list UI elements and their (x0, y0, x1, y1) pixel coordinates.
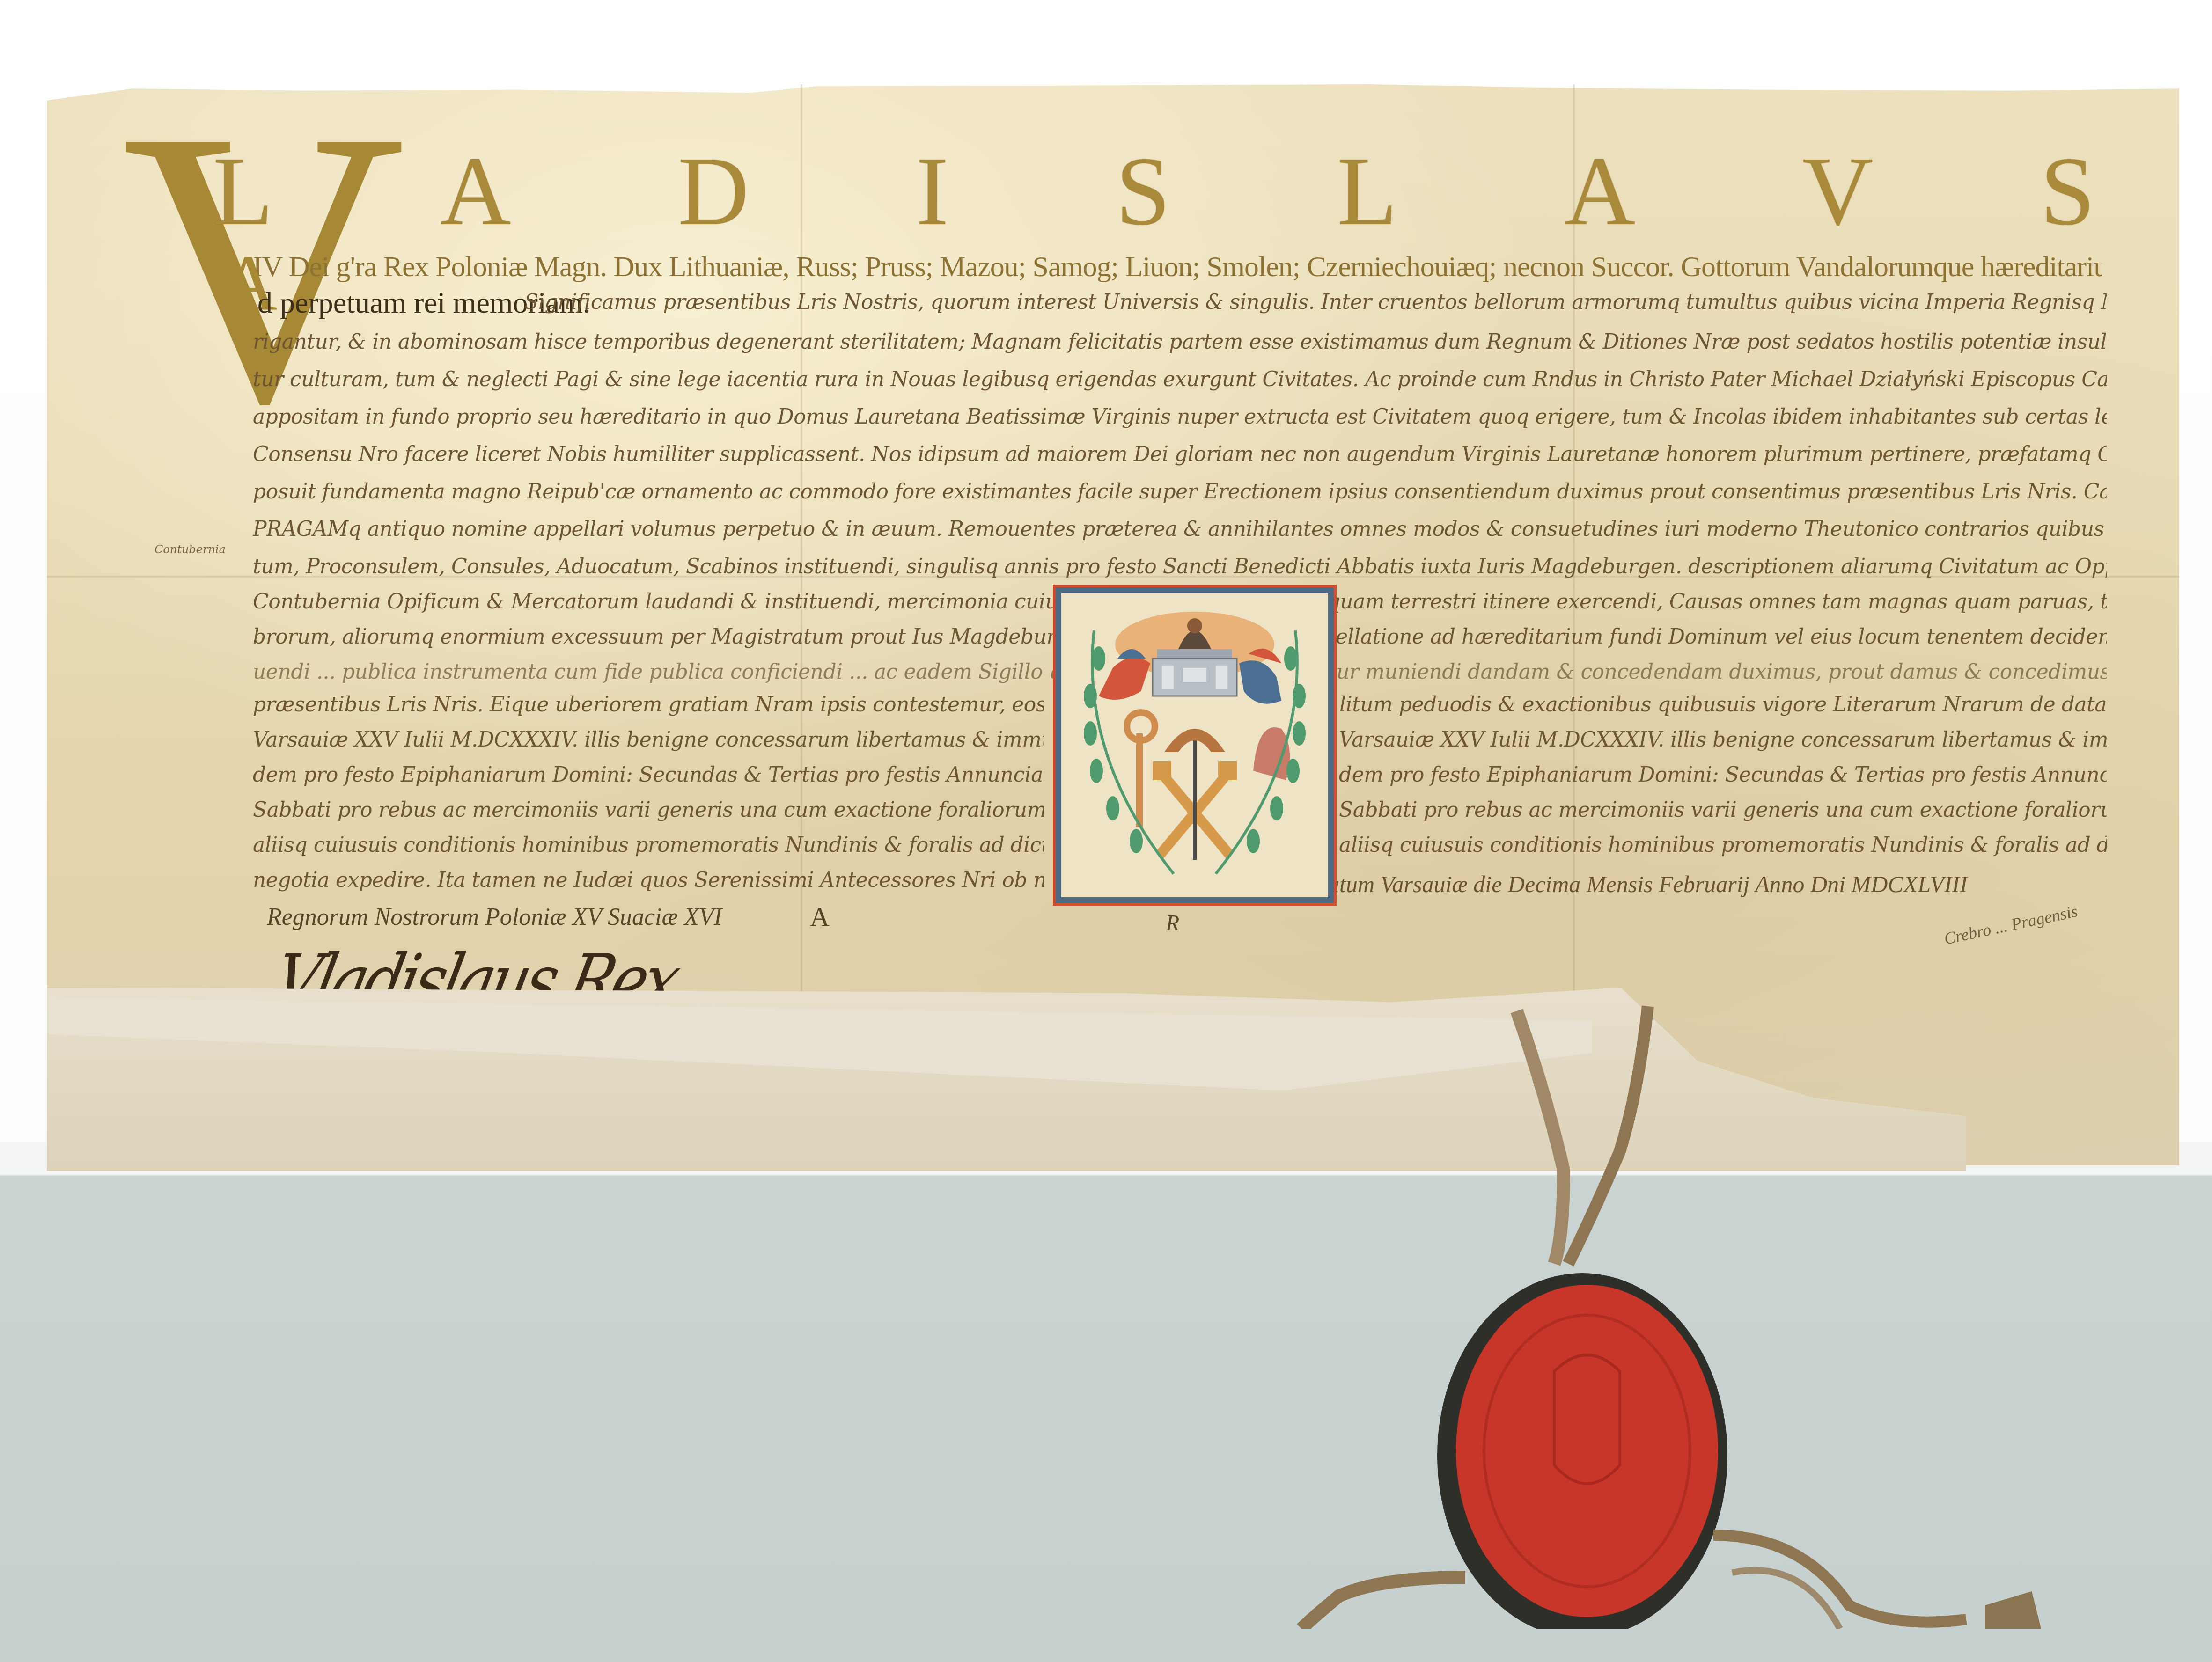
body-text-line: præsentibus Lris Nris. Eique uberiorem g… (253, 693, 1044, 717)
body-text-line: dem pro festo Epiphaniarum Domini: Secun… (253, 763, 1044, 787)
body-text-line: rigantur, & in abominosam hisce temporib… (253, 330, 2107, 354)
body-text-line: Significamus præsentibus Lris Nostris, q… (524, 290, 2107, 314)
royal-titulature: IV Dei g'ra Rex Poloniæ Magn. Dux Lithua… (253, 250, 2102, 284)
heading-letter: D (678, 135, 749, 248)
body-text-line: appositam in fundo proprio seu hæreditar… (253, 405, 2107, 429)
body-text-line: præsentibus Lris Nris. Eique uberiorem g… (1339, 693, 2107, 717)
body-text-line: aliisq cuiusuis conditionis hominibus pr… (1339, 833, 2107, 857)
body-text-line: posuit fundamenta magno Reipub'cæ orname… (253, 480, 2107, 504)
body-text-line: Varsauiæ XXV Iulii M.DCXXXIV. illis beni… (1339, 728, 2107, 752)
heading-letter: I (916, 135, 949, 248)
body-text-line: negotia expedire. Ita tamen ne Iudæi quo… (253, 868, 1044, 892)
chancery-mark-center: R (1166, 910, 1179, 936)
body-text-line: Varsauiæ XXV Iulii M.DCXXXIV. illis beni… (253, 728, 1044, 752)
coat-of-arms-illustration (1061, 593, 1328, 897)
regnal-years: Regnorum Nostrorum Poloniæ XV Suaciæ XVI (267, 903, 722, 931)
dating-clause: Datum Varsauiæ die Decima Mensis Februar… (1311, 871, 1968, 898)
illuminated-coat-of-arms (1056, 587, 1334, 903)
wax-seal (1264, 974, 2107, 1629)
cord-tassel-icon (1985, 1591, 2041, 1629)
body-text-line: Consensu Nro facere liceret Nobis humill… (253, 442, 2107, 466)
heading-letter: A (440, 135, 511, 248)
body-text-line: tum, Proconsulem, Consules, Aduocatum, S… (253, 555, 2107, 578)
seal-cord-left-icon (1301, 1577, 1465, 1629)
seal-illustration (1264, 974, 2107, 1629)
body-text-line: PRAGAMq antiquo nomine appellari volumus… (253, 517, 2107, 541)
body-text-line: tur culturam, tum & neglecti Pagi & sine… (253, 367, 2107, 391)
heading-letter: V (1802, 135, 1874, 248)
holy-house-icon (1153, 649, 1237, 696)
margin-note: Contubernia (154, 543, 226, 556)
chancery-mark-left: A (810, 901, 830, 932)
heading-letter: S (1116, 135, 1170, 248)
heading-letter: L (213, 135, 273, 248)
heading-letter: A (1565, 135, 1636, 248)
body-text-line: Sabbati pro rebus ac mercimoniis varii g… (253, 798, 1044, 822)
heading-letter: L (1337, 135, 1397, 248)
seal-cord-icon (1568, 1006, 1648, 1264)
heading-letter: S (2040, 135, 2095, 248)
seal-cord-right-icon (1713, 1535, 1966, 1622)
body-text-line: dem pro festo Epiphaniarum Domini: Secun… (1339, 763, 2107, 787)
body-text-line: Sabbati pro rebus ac mercimoniis varii g… (1339, 798, 2107, 822)
heading-vladislaus: L A D I S L A V S (213, 154, 2095, 248)
seal-cord-icon (1517, 1011, 1564, 1264)
red-wax-icon (1456, 1285, 1718, 1617)
